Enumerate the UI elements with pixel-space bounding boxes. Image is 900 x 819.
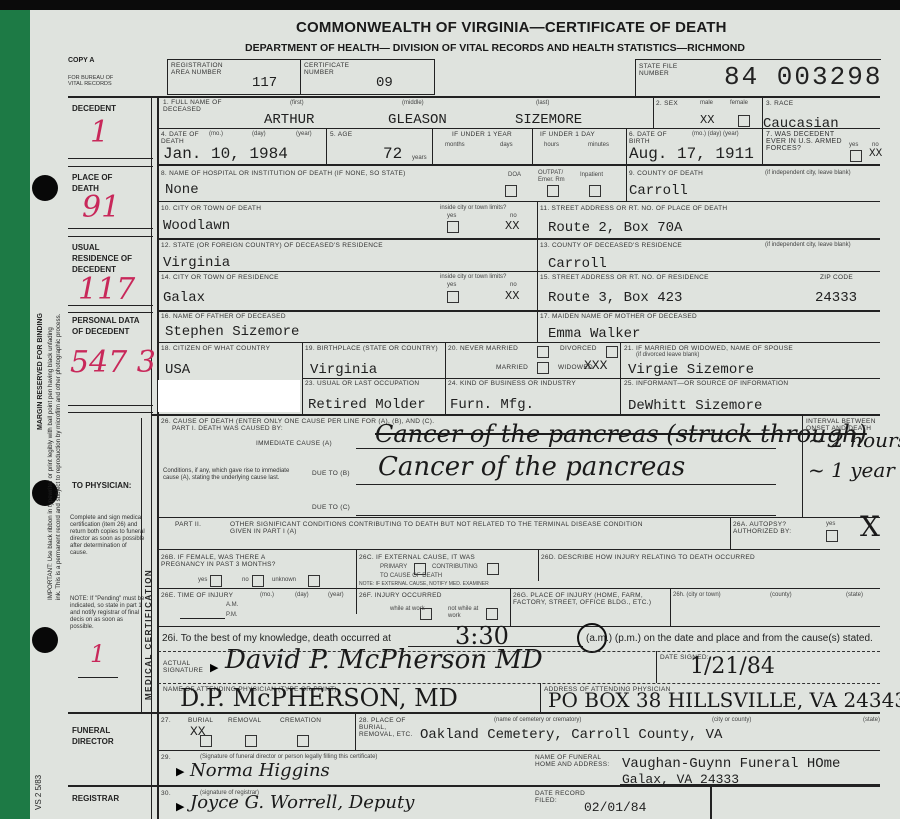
citizenship: USA (165, 362, 190, 378)
am-pm-statement: (a.m.) (p.m.) on the date and place and … (586, 633, 873, 644)
certificate-title: COMMONWEALTH OF VIRGINIA—CERTIFICATE OF … (296, 19, 727, 36)
physician-instructions: Complete and sign medical certification … (70, 515, 145, 557)
widowed-checkbox[interactable]: XXX (584, 358, 607, 373)
zip-code: 24333 (815, 290, 857, 306)
street-of-death: Route 2, Box 70A (548, 220, 682, 236)
green-binding-strip (0, 10, 30, 819)
city-residence-inside-no[interactable]: XX (505, 289, 519, 303)
margin-code-personal: 547 3 (70, 345, 156, 380)
section-registrar: REGISTRAR (72, 793, 119, 804)
director-signature: Norma Higgins (190, 760, 330, 781)
date-filed: 02/01/84 (584, 800, 646, 815)
margin-code-medical: 1 (90, 640, 105, 668)
important-note-1: IMPORTANT: Use black ribbon in typewrite… (47, 327, 54, 600)
medical-certification-label: MEDICAL CERTIFICATION (144, 569, 153, 700)
mother-maiden-name: Emma Walker (548, 326, 640, 342)
physician-name: D.P. McPHERSON, MD (180, 684, 458, 712)
signature-arrow-icon: ▶ (210, 661, 218, 674)
autopsy-no-checkbox[interactable]: X (860, 510, 880, 543)
cause-b: Cancer of the pancreas (378, 452, 685, 482)
am-circled (577, 623, 607, 653)
ssn-redacted (158, 380, 300, 412)
pregnancy-yes-checkbox[interactable] (210, 575, 222, 587)
autopsy-yes-checkbox[interactable] (826, 530, 838, 542)
county-of-residence: Carroll (548, 256, 607, 272)
last-name: SIZEMORE (515, 112, 582, 128)
margin-code-place: 91 (82, 190, 120, 225)
certificate-subtitle: DEPARTMENT OF HEALTH— DIVISION OF VITAL … (245, 42, 745, 54)
copy-label: COPY A (68, 57, 94, 64)
occupation: Retired Molder (308, 397, 426, 413)
spouse-name: Virgie Sizemore (628, 362, 754, 378)
section-usual-residence: USUAL RESIDENCE OF DECEDENT (72, 242, 142, 275)
sex-male-checkbox[interactable]: XX (700, 113, 714, 127)
section-personal-data: PERSONAL DATA OF DECEDENT (72, 315, 142, 337)
county-of-death: Carroll (629, 183, 688, 199)
immediate-cause-struck: Cancer of the pancreas (struck through) (375, 420, 867, 448)
date-signed: 1/21/84 (690, 654, 775, 679)
outpatient-checkbox[interactable] (547, 185, 559, 197)
informant: DeWhitt Sizemore (628, 398, 762, 414)
city-death-inside-yes[interactable] (447, 221, 459, 233)
divorced-checkbox[interactable] (606, 346, 618, 358)
injury-not-at-work-checkbox[interactable] (486, 608, 498, 620)
city-death-inside-no[interactable]: XX (505, 219, 519, 233)
conditions-note: Conditions, if any, which gave rise to i… (163, 468, 303, 482)
industry: Furn. Mfg. (450, 397, 534, 413)
injury-at-work-checkbox[interactable] (420, 608, 432, 620)
funeral-home-name: Vaughan-Guynn Funeral HOme (622, 756, 840, 772)
external-contributing-checkbox[interactable] (487, 563, 499, 575)
state-of-residence: Virginia (163, 255, 230, 271)
pregnancy-no-checkbox[interactable] (252, 575, 264, 587)
burial-place: Oakland Cemetery, Carroll County, VA (420, 727, 722, 743)
city-of-death: Woodlawn (163, 218, 230, 234)
sex-female-checkbox[interactable] (738, 115, 750, 127)
director-arrow-icon: ▶ (176, 765, 184, 778)
city-of-residence: Galax (163, 290, 205, 306)
registrar-signature: Joyce G. Worrell, Deputy (190, 792, 414, 813)
physician-address: PO BOX 38 HILLSVILLE, VA 24343 (548, 688, 900, 712)
section-to-physician: TO PHYSICIAN: (72, 480, 142, 491)
age: 72 (383, 145, 402, 163)
pregnancy-unknown-checkbox[interactable] (308, 575, 320, 587)
margin-code-residence: 117 (78, 272, 135, 307)
death-time-statement: 26i. To the best of my knowledge, death … (162, 633, 391, 644)
armed-forces-no-checkbox[interactable]: XX (869, 148, 882, 160)
inpatient-checkbox[interactable] (589, 185, 601, 197)
interval-a: ~ 2 hours (808, 428, 900, 452)
armed-forces-yes-checkbox[interactable] (850, 150, 862, 162)
interval-b: ~ 1 year (808, 458, 895, 482)
important-note-2: ink. This is a permanent record and subj… (55, 314, 62, 600)
race: Caucasian (763, 116, 839, 132)
street-of-residence: Route 3, Box 423 (548, 290, 682, 306)
never-married-checkbox[interactable] (537, 346, 549, 358)
middle-name: GLEASON (388, 112, 447, 128)
registrar-arrow-icon: ▶ (176, 800, 184, 813)
copy-sub: FOR BUREAU OF VITAL RECORDS (68, 75, 128, 87)
burial-box (200, 735, 212, 747)
married-checkbox[interactable] (537, 362, 549, 374)
binding-hole (32, 627, 58, 653)
hospital-name: None (165, 182, 199, 198)
section-funeral-director: FUNERAL DIRECTOR (72, 725, 142, 747)
pending-note: NOTE: If "Pending" must be indicated, so… (70, 596, 145, 631)
binding-margin-note: MARGIN RESERVED FOR BINDING (37, 313, 44, 430)
father-name: Stephen Sizemore (165, 324, 299, 340)
date-of-death: Jan. 10, 1984 (163, 145, 288, 163)
form-code: VS 2 5/83 (34, 775, 43, 810)
binding-hole (32, 175, 58, 201)
section-decedent: DECEDENT (72, 103, 116, 114)
date-of-birth: Aug. 17, 1911 (629, 145, 754, 163)
margin-code-decedent: 1 (90, 115, 109, 150)
cremation-checkbox[interactable] (297, 735, 309, 747)
certificate-number: 09 (376, 75, 393, 91)
physician-signature: David P. McPherson MD (225, 645, 543, 675)
birthplace: Virginia (310, 362, 377, 378)
doa-checkbox[interactable] (505, 185, 517, 197)
removal-checkbox[interactable] (245, 735, 257, 747)
first-name: ARTHUR (264, 112, 314, 128)
registration-area-number: 117 (252, 75, 277, 91)
city-residence-inside-yes[interactable] (447, 291, 459, 303)
state-file-number: 84 003298 (724, 62, 882, 92)
